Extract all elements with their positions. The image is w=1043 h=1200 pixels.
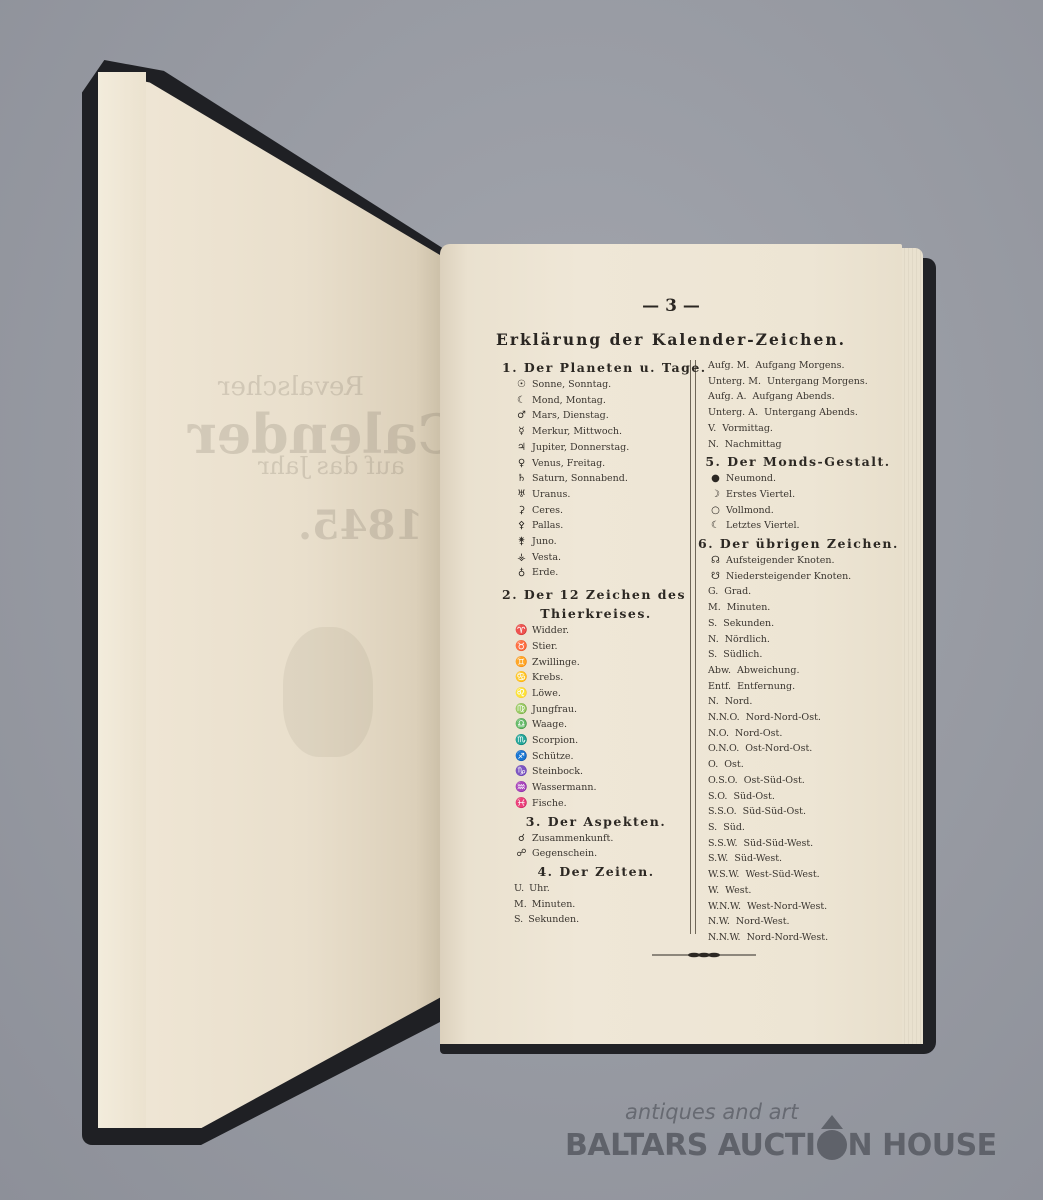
item-text: Erde. (532, 567, 558, 578)
item-text: Erstes Viertel. (726, 489, 795, 500)
symbol-icon: ☊ (708, 553, 723, 569)
symbol-icon: ☾ (514, 393, 529, 409)
item-text: Ost. (724, 759, 744, 770)
item-text: Widder. (532, 625, 569, 636)
list-item: S.S.W.Süd-Süd-West. (698, 836, 898, 852)
list-item: ♍ Jungfrau. (502, 702, 690, 718)
item-text: Letztes Viertel. (726, 520, 799, 531)
item-text: Untergang Abends. (764, 407, 858, 418)
column-divider (690, 360, 696, 934)
list-item: M.Minuten. (502, 897, 690, 913)
list-item: ♑ Steinbock. (502, 764, 690, 780)
item-text: Untergang Morgens. (767, 376, 868, 387)
list-item: ● Neumond. (698, 471, 898, 487)
section-heading: 2. Der 12 Zeichen des (502, 585, 690, 604)
abbreviation: M. (708, 602, 721, 613)
abbreviation: W.N.W. (708, 901, 741, 912)
list-item: N.O.Nord-Ost. (698, 726, 898, 742)
section-heading: 4. Der Zeiten. (502, 862, 690, 881)
abbreviation: S.S.W. (708, 838, 738, 849)
abbreviation: S.O. (708, 791, 727, 802)
abbreviation: O. (708, 759, 718, 770)
symbol-icon: ♌ (514, 686, 529, 702)
list-item: ♎ Waage. (502, 717, 690, 733)
right-column: Aufg. M.Aufgang Morgens.Unterg. M.Unterg… (698, 358, 898, 946)
abbreviation: N. (708, 439, 719, 450)
item-text: Vormittag. (722, 423, 773, 434)
symbol-icon: ♑ (514, 764, 529, 780)
item-text: Nord-Ost. (735, 728, 782, 739)
item-text: Nachmittag (725, 439, 782, 450)
item-text: Mars, Dienstag. (532, 410, 609, 421)
abbreviation: W.S.W. (708, 869, 739, 880)
list-item: ♂ Mars, Dienstag. (502, 408, 690, 424)
list-item: ♐ Schütze. (502, 749, 690, 765)
symbol-icon: ♓ (514, 796, 529, 812)
symbol-icon: ♅ (514, 487, 529, 503)
item-text: West-Nord-West. (747, 901, 827, 912)
symbol-icon: ♋ (514, 670, 529, 686)
crown-orb-icon (817, 1130, 847, 1160)
item-text: Südlich. (723, 649, 762, 660)
symbol-icon: ☋ (708, 569, 723, 585)
list-item: U.Uhr. (502, 881, 690, 897)
abbreviation: N.W. (708, 916, 730, 927)
item-text: Uranus. (532, 489, 570, 500)
item-text: Löwe. (532, 688, 561, 699)
list-item: Unterg. A.Untergang Abends. (698, 405, 898, 421)
item-text: Steinbock. (532, 766, 583, 777)
list-item: ☾ Mond, Montag. (502, 393, 690, 409)
item-text: West. (725, 885, 751, 896)
item-text: Grad. (724, 586, 751, 597)
item-text: Merkur, Mittwoch. (532, 426, 622, 437)
item-text: Jupiter, Donnerstag. (532, 442, 629, 453)
symbol-icon: ☍ (514, 846, 529, 862)
item-text: Fische. (532, 798, 567, 809)
symbol-icon: ☉ (514, 377, 529, 393)
section-heading: 3. Der Aspekten. (502, 812, 690, 831)
list-item: O.Ost. (698, 757, 898, 773)
item-text: Jungfrau. (532, 704, 577, 715)
list-item: N.N.W.Nord-Nord-West. (698, 930, 898, 946)
abbreviation: V. (708, 423, 716, 434)
symbol-icon: ♂ (514, 408, 529, 424)
abbreviation: S.S.O. (708, 806, 737, 817)
symbol-icon: ♎ (514, 717, 529, 733)
list-item: W.S.W.West-Süd-West. (698, 867, 898, 883)
item-text: Aufgang Morgens. (755, 360, 844, 371)
watermark-name-end: N HOUSE (848, 1128, 997, 1163)
symbol-icon: ♁ (514, 565, 529, 581)
list-item: N.W.Nord-West. (698, 914, 898, 930)
item-text: Sonne, Sonntag. (532, 379, 611, 390)
item-text: Nord-West. (736, 916, 790, 927)
list-item: O.N.O.Ost-Nord-Ost. (698, 741, 898, 757)
item-text: Scorpion. (532, 735, 578, 746)
symbol-icon: ♀ (514, 456, 529, 472)
list-item: S.W.Süd-West. (698, 851, 898, 867)
list-item: O.S.O.Ost-Süd-Ost. (698, 773, 898, 789)
list-item: ☋ Niedersteigender Knoten. (698, 569, 898, 585)
item-text: Süd-West. (734, 853, 782, 864)
item-text: Pallas. (532, 520, 563, 531)
item-text: Uhr. (529, 883, 550, 894)
item-text: Süd-Süd-West. (744, 838, 814, 849)
list-item: ♏ Scorpion. (502, 733, 690, 749)
left-page: Revalscher Calender auf das Jahr 1845. (98, 72, 443, 1128)
item-text: Venus, Freitag. (532, 458, 605, 469)
abbreviation: N.O. (708, 728, 729, 739)
list-item: S.Süd. (698, 820, 898, 836)
list-item: W.N.W.West-Nord-West. (698, 899, 898, 915)
abbreviation: G. (708, 586, 718, 597)
list-item: ♉ Stier. (502, 639, 690, 655)
list-item: Abw.Abweichung. (698, 663, 898, 679)
list-item: S.S.O.Süd-Süd-Ost. (698, 804, 898, 820)
item-text: Minuten. (532, 899, 576, 910)
watermark-logo: antiques and art BALTARS AUCTIN HOUSE (565, 1100, 965, 1170)
abbreviation: S.W. (708, 853, 728, 864)
section-heading: 5. Der Monds-Gestalt. (698, 452, 898, 471)
list-item: S.Sekunden. (502, 912, 690, 928)
item-text: Vesta. (532, 552, 561, 563)
page-title: Erklärung der Kalender-Zeichen. (440, 330, 902, 349)
list-item: W.West. (698, 883, 898, 899)
list-item: ☿ Merkur, Mittwoch. (502, 424, 690, 440)
item-text: Nord-Nord-West. (747, 932, 829, 943)
list-item: G.Grad. (698, 584, 898, 600)
ghost-text-line: Revalscher (218, 372, 364, 402)
abbreviation: S. (708, 618, 717, 629)
item-text: Nördlich. (725, 634, 770, 645)
list-item: N.N.O.Nord-Nord-Ost. (698, 710, 898, 726)
item-text: Schütze. (532, 751, 574, 762)
item-text: Aufgang Abends. (753, 391, 835, 402)
item-text: Nord-Nord-Ost. (746, 712, 821, 723)
abbreviation: N. (708, 634, 719, 645)
watermark-name: BALTARS AUCTIN HOUSE (565, 1128, 997, 1163)
abbreviation: N.N.O. (708, 712, 740, 723)
item-text: Wassermann. (532, 782, 596, 793)
list-item: ♀ Venus, Freitag. (502, 456, 690, 472)
list-item: ⚳ Ceres. (502, 503, 690, 519)
symbol-icon: ♐ (514, 749, 529, 765)
item-text: Ost-Süd-Ost. (744, 775, 805, 786)
item-text: Gegenschein. (532, 848, 597, 859)
list-item: S.Sekunden. (698, 616, 898, 632)
item-text: Minuten. (727, 602, 771, 613)
right-page: — 3 — Erklärung der Kalender-Zeichen. 1.… (440, 244, 902, 1044)
symbol-icon: ♒ (514, 780, 529, 796)
list-item: Entf.Entfernung. (698, 679, 898, 695)
abbreviation: Unterg. A. (708, 407, 758, 418)
abbreviation: S. (708, 649, 717, 660)
symbol-icon: ● (708, 471, 723, 487)
ghost-eagle-crest (283, 627, 373, 757)
symbol-icon: ♊ (514, 655, 529, 671)
watermark-name-start: BALTARS AUCTI (565, 1128, 816, 1163)
abbreviation: N.N.W. (708, 932, 741, 943)
left-column: 1. Der Planeten u. Tage. ☉ Sonne, Sonnta… (502, 358, 690, 928)
symbol-icon: ○ (708, 503, 723, 519)
symbol-icon: ☽ (708, 487, 723, 503)
list-item: Aufg. M.Aufgang Morgens. (698, 358, 898, 374)
list-item: Aufg. A.Aufgang Abends. (698, 389, 898, 405)
list-item: ♁ Erde. (502, 565, 690, 581)
symbol-icon: ⚳ (514, 503, 529, 519)
item-text: Sekunden. (528, 914, 579, 925)
list-item: ☾ Letztes Viertel. (698, 518, 898, 534)
item-text: Juno. (532, 536, 557, 547)
list-item: ☽ Erstes Viertel. (698, 487, 898, 503)
list-item: ♋ Krebs. (502, 670, 690, 686)
abbreviation: Unterg. M. (708, 376, 761, 387)
symbol-icon: ☾ (708, 518, 723, 534)
abbreviation: S. (708, 822, 717, 833)
symbol-icon: ♄ (514, 471, 529, 487)
symbol-icon: ⚵ (514, 534, 529, 550)
item-text: West-Süd-West. (745, 869, 819, 880)
item-text: Zwillinge. (532, 657, 580, 668)
abbreviation: U. (514, 883, 524, 894)
list-item: ⚵ Juno. (502, 534, 690, 550)
item-text: Vollmond. (726, 505, 774, 516)
item-text: Krebs. (532, 672, 563, 683)
abbreviation: O.N.O. (708, 743, 739, 754)
list-item: N.Nord. (698, 694, 898, 710)
abbreviation: O.S.O. (708, 775, 738, 786)
symbol-icon: ♈ (514, 623, 529, 639)
list-item: ♈ Widder. (502, 623, 690, 639)
left-flyleaf (98, 72, 146, 1128)
item-text: Süd-Süd-Ost. (743, 806, 806, 817)
watermark-tagline: antiques and art (625, 1100, 798, 1124)
item-text: Waage. (532, 719, 567, 730)
symbol-icon: ♍ (514, 702, 529, 718)
list-item: S.O.Süd-Ost. (698, 789, 898, 805)
list-item: N.Nachmittag (698, 437, 898, 453)
page-number: — 3 — (440, 296, 902, 316)
list-item: ☍ Gegenschein. (502, 846, 690, 862)
item-text: Nord. (725, 696, 753, 707)
list-item: ♌ Löwe. (502, 686, 690, 702)
list-item: ♊ Zwillinge. (502, 655, 690, 671)
ghost-text-line: auf das Jahr (258, 452, 405, 480)
item-text: Niedersteigender Knoten. (726, 571, 851, 582)
item-text: Ost-Nord-Ost. (745, 743, 812, 754)
list-item: S.Südlich. (698, 647, 898, 663)
list-item: ☉ Sonne, Sonntag. (502, 377, 690, 393)
list-item: ♒ Wassermann. (502, 780, 690, 796)
item-text: Ceres. (532, 505, 563, 516)
list-item: N.Nördlich. (698, 632, 898, 648)
symbol-icon: ⚴ (514, 518, 529, 534)
list-item: Unterg. M.Untergang Morgens. (698, 374, 898, 390)
section-heading: 1. Der Planeten u. Tage. (502, 358, 690, 377)
abbreviation: W. (708, 885, 719, 896)
list-item: ♓ Fische. (502, 796, 690, 812)
symbol-icon: ♃ (514, 440, 529, 456)
item-text: Stier. (532, 641, 558, 652)
list-item: ⚴ Pallas. (502, 518, 690, 534)
abbreviation: Entf. (708, 681, 731, 692)
item-text: Süd. (723, 822, 745, 833)
item-text: Abweichung. (737, 665, 800, 676)
abbreviation: S. (514, 914, 523, 925)
symbol-icon: ☌ (514, 831, 529, 847)
ornament-divider-icon (652, 952, 756, 958)
item-text: Süd-Ost. (733, 791, 774, 802)
item-text: Sekunden. (723, 618, 774, 629)
list-item: ○ Vollmond. (698, 503, 898, 519)
list-item: ♄ Saturn, Sonnabend. (502, 471, 690, 487)
abbreviation: Abw. (708, 665, 731, 676)
abbreviation: Aufg. M. (708, 360, 749, 371)
list-item: ⚶ Vesta. (502, 550, 690, 566)
abbreviation: Aufg. A. (708, 391, 747, 402)
item-text: Saturn, Sonnabend. (532, 473, 628, 484)
list-item: ☊ Aufsteigender Knoten. (698, 553, 898, 569)
item-text: Aufsteigender Knoten. (726, 555, 834, 566)
symbol-icon: ⚶ (514, 550, 529, 566)
list-item: M.Minuten. (698, 600, 898, 616)
section-heading: 6. Der übrigen Zeichen. (698, 534, 898, 553)
list-item: V.Vormittag. (698, 421, 898, 437)
ghost-text-line: 1845. (298, 502, 423, 549)
abbreviation: N. (708, 696, 719, 707)
section-heading-cont: Thierkreises. (502, 604, 690, 623)
item-text: Zusammenkunft. (532, 833, 613, 844)
item-text: Mond, Montag. (532, 395, 606, 406)
item-text: Neumond. (726, 473, 776, 484)
item-text: Entfernung. (737, 681, 795, 692)
symbol-icon: ♉ (514, 639, 529, 655)
abbreviation: M. (514, 899, 527, 910)
symbol-icon: ♏ (514, 733, 529, 749)
list-item: ♃ Jupiter, Donnerstag. (502, 440, 690, 456)
list-item: ♅ Uranus. (502, 487, 690, 503)
symbol-icon: ☿ (514, 424, 529, 440)
list-item: ☌ Zusammenkunft. (502, 831, 690, 847)
